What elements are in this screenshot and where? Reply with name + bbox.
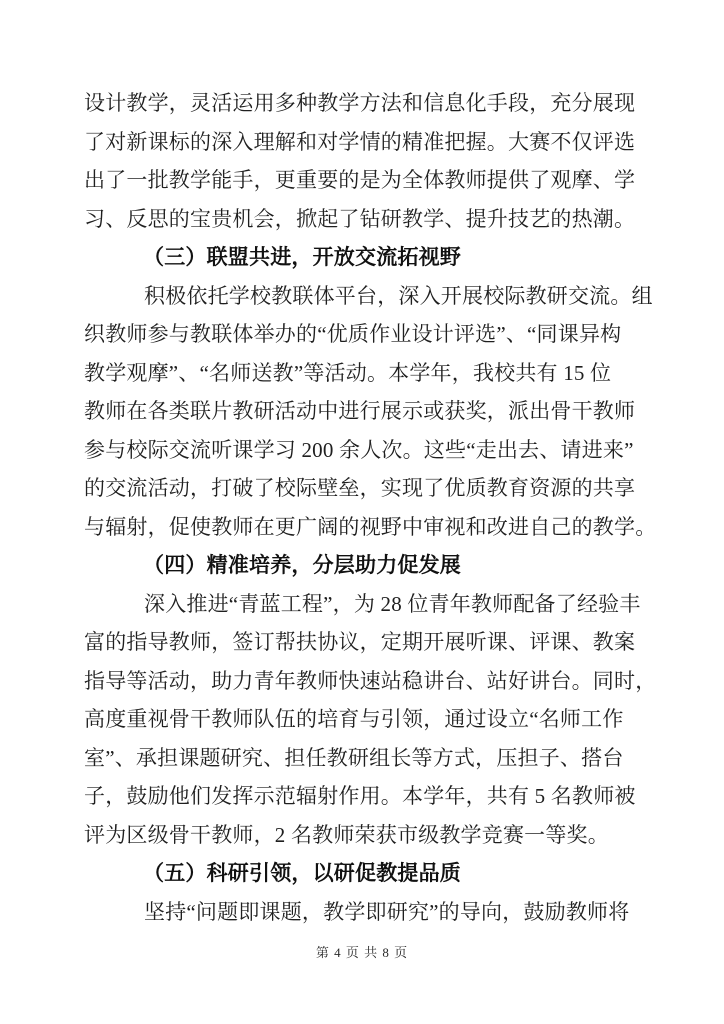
text-line: 教师在各类联片教研活动中进行展示或获奖，派出骨干教师 xyxy=(84,392,640,431)
text-line: 教学观摩”、“名师送教”等活动。本学年，我校共有 15 位 xyxy=(84,354,640,393)
section-heading: （四）精准培养，分层助力促发展 xyxy=(84,546,640,585)
document-page: 设计教学，灵活运用多种教学方法和信息化手段，充分展现了对新课标的深入理解和对学情… xyxy=(0,0,724,1024)
paragraph: 坚持“问题即课题，教学即研究”的导向，鼓励教师将 xyxy=(84,893,640,932)
text-line: 深入推进“青蓝工程”，为 28 位青年教师配备了经验丰 xyxy=(84,585,640,624)
section-heading: （五）科研引领，以研促教提品质 xyxy=(84,854,640,893)
text-line: 的交流活动，打破了校际壁垒，实现了优质教育资源的共享 xyxy=(84,469,640,508)
text-line: 富的指导教师，签订帮扶协议，定期开展听课、评课、教案 xyxy=(84,623,640,662)
page-footer: 第 4 页 共 8 页 xyxy=(0,944,724,962)
text-line: 积极依托学校教联体平台，深入开展校际教研交流。组 xyxy=(84,277,640,316)
text-line: 习、反思的宝贵机会，掀起了钻研教学、提升技艺的热潮。 xyxy=(84,200,640,239)
text-line: 高度重视骨干教师队伍的培育与引领，通过设立“名师工作 xyxy=(84,700,640,739)
text-line: 织教师参与教联体举办的“优质作业设计评选”、“同课异构 xyxy=(84,315,640,354)
text-line: 坚持“问题即课题，教学即研究”的导向，鼓励教师将 xyxy=(84,893,640,932)
text-line: 指导等活动，助力青年教师快速站稳讲台、站好讲台。同时， xyxy=(84,662,640,701)
text-line: 了对新课标的深入理解和对学情的精准把握。大赛不仅评选 xyxy=(84,123,640,162)
paragraph: 设计教学，灵活运用多种教学方法和信息化手段，充分展现了对新课标的深入理解和对学情… xyxy=(84,84,640,238)
page-number: 第 4 页 共 8 页 xyxy=(316,945,408,960)
text-line: 子，鼓励他们发挥示范辐射作用。本学年，共有 5 名教师被 xyxy=(84,777,640,816)
document-content: 设计教学，灵活运用多种教学方法和信息化手段，充分展现了对新课标的深入理解和对学情… xyxy=(84,84,640,931)
text-line: 出了一批教学能手，更重要的是为全体教师提供了观摩、学 xyxy=(84,161,640,200)
text-line: 设计教学，灵活运用多种教学方法和信息化手段，充分展现 xyxy=(84,84,640,123)
text-line: 参与校际交流听课学习 200 余人次。这些“走出去、请进来” xyxy=(84,431,640,470)
section-heading: （三）联盟共进，开放交流拓视野 xyxy=(84,238,640,277)
text-line: 室”、承担课题研究、担任教研组长等方式，压担子、搭台 xyxy=(84,739,640,778)
paragraph: 积极依托学校教联体平台，深入开展校际教研交流。组织教师参与教联体举办的“优质作业… xyxy=(84,277,640,547)
text-line: 与辐射，促使教师在更广阔的视野中审视和改进自己的教学。 xyxy=(84,508,640,547)
text-line: 评为区级骨干教师，2 名教师荣获市级教学竞赛一等奖。 xyxy=(84,816,640,855)
paragraph: 深入推进“青蓝工程”，为 28 位青年教师配备了经验丰富的指导教师，签订帮扶协议… xyxy=(84,585,640,855)
